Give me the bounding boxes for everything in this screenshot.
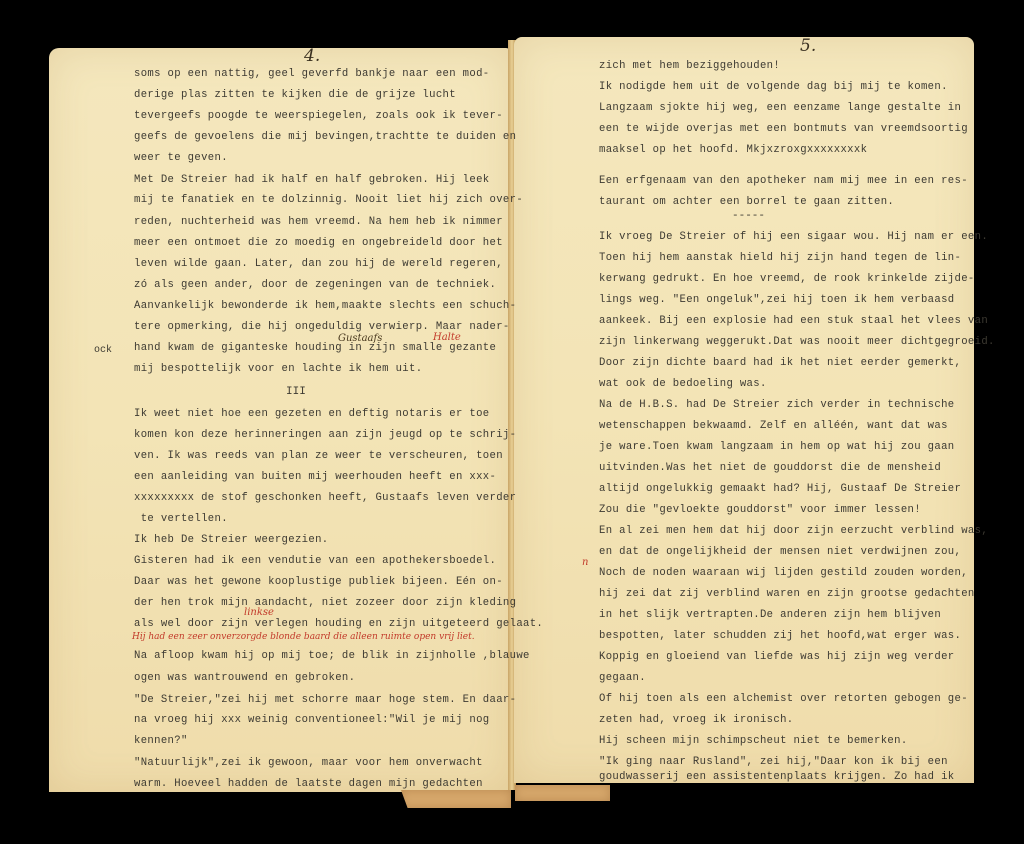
text-line: goudwasserij een assistentenplaats krijg… — [599, 771, 955, 783]
text-line: bespotten, later schudden zij het hoofd,… — [599, 630, 961, 642]
text-line: En al zei men hem dat hij door zijn eerz… — [599, 525, 988, 537]
text-line: Ik nodigde hem uit de volgende dag bij m… — [599, 81, 948, 93]
text-line: Aanvankelijk bewonderde ik hem,maakte sl… — [134, 300, 516, 312]
text-line: mij bespottelijk voor en lachte ik hem u… — [134, 363, 422, 375]
text-line: warm. Hoeveel hadden de laatste dagen mi… — [134, 778, 483, 790]
text-line: Door zijn dichte baard had ik het niet e… — [599, 357, 961, 369]
text-line: reden, nuchterheid was hem vreemd. Na he… — [134, 216, 503, 228]
text-line: uitvinden.Was het niet de gouddorst die … — [599, 462, 941, 474]
text-line: aankeek. Bij een explosie had een stuk s… — [599, 315, 988, 327]
text-line: Langzaam sjokte hij weg, een eenzame lan… — [599, 102, 961, 114]
text-line: wetenschappen bekwaamd. Zelf en alléén, … — [599, 420, 948, 432]
text-line: weer te geven. — [134, 152, 228, 164]
text-line: je ware.Toen kwam langzaam in hem op wat… — [599, 441, 955, 453]
text-line: Een erfgenaam van den apotheker nam mij … — [599, 175, 968, 187]
text-line: Toen hij hem aanstak hield hij zijn hand… — [599, 252, 961, 264]
text-line: kerwang gedrukt. En hoe vreemd, de rook … — [599, 273, 975, 285]
text-line: Daar was het gewone kooplustige publiek … — [134, 576, 503, 588]
text-line: na vroeg hij xxx weinig conventioneel:"W… — [134, 714, 490, 726]
text-line: tevergeefs poogde te weerspiegelen, zoal… — [134, 110, 503, 122]
handwritten-annotation: Gustaafs — [338, 333, 382, 344]
text-line: Zou die "gevloekte gouddorst" voor immer… — [599, 504, 921, 516]
text-line: hand kwam de giganteske houding in zijn … — [134, 342, 496, 354]
text-line: zijn linkerwang weggerukt.Dat was nooit … — [599, 336, 995, 348]
text-line: Noch de noden waaraan wij lijden gestild… — [599, 567, 968, 579]
text-line: komen kon deze herinneringen aan zijn je… — [134, 429, 516, 441]
handwritten-annotation-line: Hij had een zeer onverzorgde blonde baar… — [132, 632, 475, 642]
text-line: een te wijde overjas met een bontmuts va… — [599, 123, 968, 135]
text-line: in het slijk vertrapten.De anderen zijn … — [599, 609, 941, 621]
text-line: te vertellen. — [134, 513, 228, 525]
text-line: xxxxxxxxx de stof geschonken heeft, Gust… — [134, 492, 516, 504]
text-line: taurant om achter een borrel te gaan zit… — [599, 196, 894, 208]
section-heading: III — [286, 386, 306, 398]
text-line: soms op een nattig, geel geverfd bankje … — [134, 68, 490, 80]
text-line: Hij scheen mijn schimpscheut niet te bem… — [599, 735, 908, 747]
handwritten-annotation: Halte — [433, 332, 461, 343]
text-line: der hen trok mijn aandacht, niet zozeer … — [134, 597, 516, 609]
text-line: altijd ongelukkig gemaakt had? Hij, Gust… — [599, 483, 961, 495]
text-line: zich met hem beziggehouden! — [599, 60, 780, 72]
text-line: zó als geen ander, door de zegeningen va… — [134, 279, 496, 291]
text-line: Koppig en gloeiend van liefde was hij zi… — [599, 651, 955, 663]
text-line: derige plas zitten te kijken die de grij… — [134, 89, 456, 101]
text-line: lings weg. "Een ongeluk",zei hij toen ik… — [599, 294, 955, 306]
text-line: Ik weet niet hoe een gezeten en deftig n… — [134, 408, 490, 420]
text-line: Gisteren had ik een vendutie van een apo… — [134, 555, 496, 567]
paper-tab — [401, 790, 511, 808]
section-separator: ----- — [732, 210, 765, 222]
margin-note-left: ock — [94, 345, 112, 356]
text-line: en dat de ongelijkheid der mensen niet v… — [599, 546, 961, 558]
text-line: Ik heb De Streier weergezien. — [134, 534, 329, 546]
text-line: geefs de gevoelens die mij bevingen,trac… — [134, 131, 516, 143]
text-line: Met De Streier had ik half en half gebro… — [134, 174, 490, 186]
text-line: Na de H.B.S. had De Streier zich verder … — [599, 399, 955, 411]
text-line: als wel door zijn verlegen houding en zi… — [134, 618, 543, 630]
margin-note-right: n — [582, 557, 588, 568]
paper-tab — [515, 785, 610, 801]
text-line: leven wilde gaan. Later, dan zou hij de … — [134, 258, 503, 270]
text-line: "Natuurlijk",zei ik gewoon, maar voor he… — [134, 757, 483, 769]
text-line: "Ik ging naar Rusland", zei hij,"Daar ko… — [599, 756, 948, 768]
text-line: wat ook de bedoeling was. — [599, 378, 767, 390]
text-line: ogen was wantrouwend en gebroken. — [134, 672, 355, 684]
text-line: Na afloop kwam hij op mij toe; de blik i… — [134, 650, 530, 662]
text-line: maaksel op het hoofd. Mkjxzroxgxxxxxxxxk — [599, 144, 867, 156]
text-line: gegaan. — [599, 672, 646, 684]
text-line: mij te fanatiek en te dolzinnig. Nooit l… — [134, 194, 523, 206]
page-number-left: 4. — [304, 46, 320, 66]
text-line: meer een ontmoet die zo moedig en ongebr… — [134, 237, 503, 249]
handwritten-annotation: linkse — [244, 607, 274, 618]
text-line: een aanleiding van buiten mij weerhouden… — [134, 471, 496, 483]
text-line: kennen?" — [134, 735, 188, 747]
text-line: hij zei dat zij verblind waren en zijn g… — [599, 588, 975, 600]
text-line: Of hij toen als een alchemist over retor… — [599, 693, 968, 705]
page-number-right: 5. — [800, 36, 816, 56]
text-line: "De Streier,"zei hij met schorre maar ho… — [134, 694, 516, 706]
text-line: ven. Ik was reeds van plan ze weer te ve… — [134, 450, 503, 462]
text-line: zeten had, vroeg ik ironisch. — [599, 714, 794, 726]
text-line: Ik vroeg De Streier of hij een sigaar wo… — [599, 231, 988, 243]
